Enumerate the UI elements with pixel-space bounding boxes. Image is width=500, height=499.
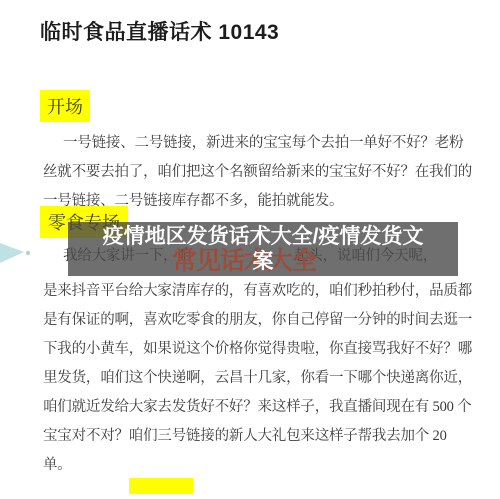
- paragraph2-line: 是有保证的啊，喜欢吃零食的朋友，你自己停留一分钟的时间去逛一: [43, 308, 472, 329]
- section-heading-opening: 开场: [40, 90, 90, 122]
- paragraph2-line: 咱们就近发给大家去发货好不好？来这样子，我直播间现在有 500 个: [43, 395, 471, 416]
- highlight-partial-bottom: [129, 478, 193, 494]
- document-page: { "doc": { "title": "临时食品直播话术 10143", "h…: [0, 0, 500, 499]
- paragraph1-line: 一号链接、二号链接，新进来的宝宝每个去拍一单好不好？老粉: [63, 131, 463, 152]
- document-title: 临时食品直播话术 10143: [40, 16, 279, 46]
- page-corner-decoration: [0, 240, 32, 266]
- overlay-title-line2: 案: [68, 249, 458, 274]
- paragraph2-line: 下我的小黄车，如果说这个价格你觉得贵啦，你直接骂我好不好？哪: [43, 337, 472, 358]
- overlay-banner-title: 疫情地区发货话术大全/疫情发货文 案: [68, 222, 458, 276]
- paragraph2-line: 是来抖音平台给大家清库存的，有喜欢吃的，咱们秒拍秒付，品质都: [43, 279, 472, 300]
- paragraph2-line: 里发货，咱们这个快递啊，云昌十几家，你看一下哪个快递离你近，: [43, 366, 472, 387]
- paragraph2-line: 单。: [43, 453, 72, 474]
- paragraph1-line: 丝就不要去拍了，咱们把这个名额留给新来的宝宝好不好？在我们的: [43, 160, 472, 181]
- overlay-title-line1: 疫情地区发货话术大全/疫情发货文: [68, 224, 458, 249]
- paragraph2-line: 宝宝对不对？咱们三号链接的新人大礼包来这样子帮我去加个 20: [43, 424, 447, 445]
